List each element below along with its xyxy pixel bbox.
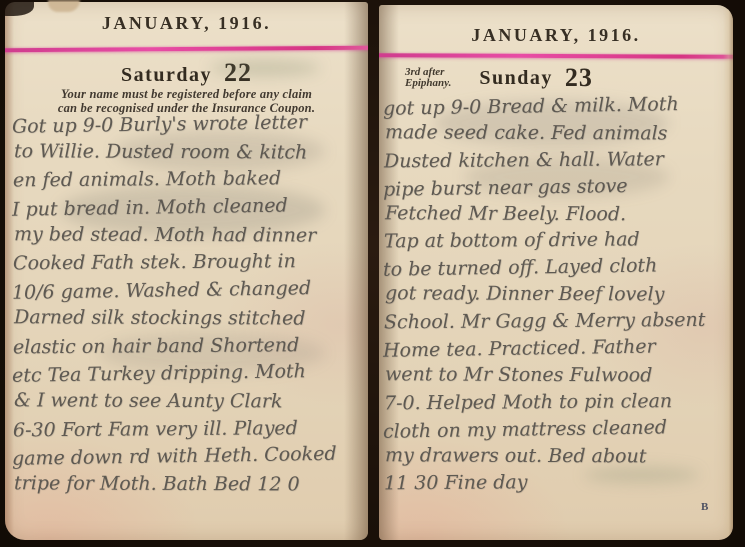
- day-heading-sunday: 3rd after Epiphany. Sunday23: [379, 63, 733, 93]
- handwritten-line: Got up 9-0 Burly's wrote letter: [12, 110, 368, 143]
- handwritten-line: 10/6 game. Washed & changed: [12, 276, 368, 309]
- handwritten-line: went to Mr Stones Fulwood: [385, 363, 733, 391]
- handwritten-line: pipe burst near gas stove: [383, 173, 733, 205]
- day-name-sunday: Sunday: [479, 67, 553, 90]
- day-name-saturday: Saturday: [121, 64, 212, 86]
- handwritten-line: tripe for Moth. Bath Bed 12 0: [14, 472, 368, 501]
- handwritten-line: got ready. Dinner Beef lovely: [385, 282, 733, 310]
- diary-page-saturday: JANUARY, 1916. Saturday22 Your name must…: [5, 2, 368, 540]
- handwritten-line: elastic on hair band Shortend: [13, 333, 368, 363]
- month-header-right: JANUARY, 1916.: [379, 25, 733, 46]
- ink-smudge: [210, 60, 320, 76]
- diary-photo: JANUARY, 1916. Saturday22 Your name must…: [0, 0, 745, 547]
- handwritten-line: I put bread in. Moth cleaned: [12, 193, 368, 226]
- month-header-left: JANUARY, 1916.: [5, 13, 368, 34]
- handwritten-line: my drawers out. Bed about: [385, 444, 733, 472]
- handwritten-line: game down rd with Heth. Cooked: [12, 442, 368, 475]
- handwritten-line: 7-0. Helped Moth to pin clean: [384, 389, 733, 419]
- handwritten-line: en fed animals. Moth baked: [13, 167, 368, 197]
- handwritten-line: etc Tea Turkey dripping. Moth: [12, 359, 368, 392]
- day-number-23: 23: [565, 63, 593, 93]
- handwritten-line: cloth on my mattress cleaned: [383, 415, 733, 447]
- diary-page-sunday: JANUARY, 1916. 3rd after Epiphany. Sunda…: [379, 5, 733, 540]
- handwritten-line: & I went to see Aunty Clark: [14, 389, 368, 418]
- handwritten-line: Cooked Fath stek. Brought in: [13, 250, 368, 280]
- page-signature-mark: B: [701, 501, 708, 513]
- handwritten-line: School. Mr Gagg & Merry absent: [384, 309, 733, 339]
- handwritten-line: Darned silk stockings stitched: [14, 306, 368, 335]
- diary-entry-sunday: got up 9-0 Bread & milk. Moth made seed …: [383, 95, 733, 498]
- handwritten-line: got up 9-0 Bread & milk. Moth: [383, 92, 733, 124]
- liturgical-line-2: Epiphany.: [405, 78, 451, 90]
- handwritten-line: Fetched Mr Beely. Flood.: [385, 202, 733, 230]
- handwritten-line: my bed stead. Moth had dinner: [14, 223, 368, 252]
- handwritten-line: Dusted kitchen & hall. Water: [384, 147, 733, 177]
- handwritten-line: Home tea. Practiced. Father: [383, 334, 733, 366]
- day-heading-saturday: Saturday22: [5, 58, 368, 88]
- pink-rule-right: [379, 53, 733, 59]
- liturgical-label: 3rd after Epiphany.: [405, 67, 451, 90]
- handwritten-line: made seed cake. Fed animals: [385, 121, 733, 149]
- pink-rule-left: [5, 46, 368, 53]
- handwritten-line: to Willie. Dusted room & kitch: [14, 140, 368, 169]
- handwritten-line: 11 30 Fine day: [384, 470, 733, 500]
- handwritten-line: to be turned off. Layed cloth: [383, 254, 733, 286]
- insurance-note-line-1: Your name must be registered before any …: [5, 88, 368, 102]
- diary-entry-saturday: Got up 9-0 Burly's wrote letter to Willi…: [12, 113, 368, 501]
